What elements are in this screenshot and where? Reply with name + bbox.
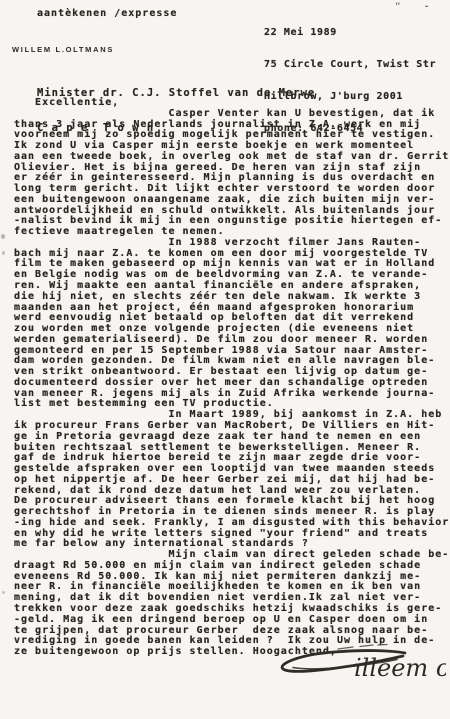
scan-speck xyxy=(2,251,5,255)
letter-body: Excellentie, Casper Venter kan U bevesti… xyxy=(14,98,450,658)
scan-speck xyxy=(1,234,5,239)
scanned-letter-page: aantèkenen /expresse " - 22 Mei 1989 75 … xyxy=(0,0,450,719)
signature-text: illeem o. xyxy=(354,654,446,682)
letterhead-name: WILLEM L.OLTMANS xyxy=(12,45,114,54)
scan-speck xyxy=(2,591,5,594)
letter-date: 22 Mei 1989 xyxy=(264,28,436,39)
mailing-note: aantèkenen /expresse xyxy=(37,8,177,19)
handwritten-signature: illeem o. xyxy=(268,638,446,698)
